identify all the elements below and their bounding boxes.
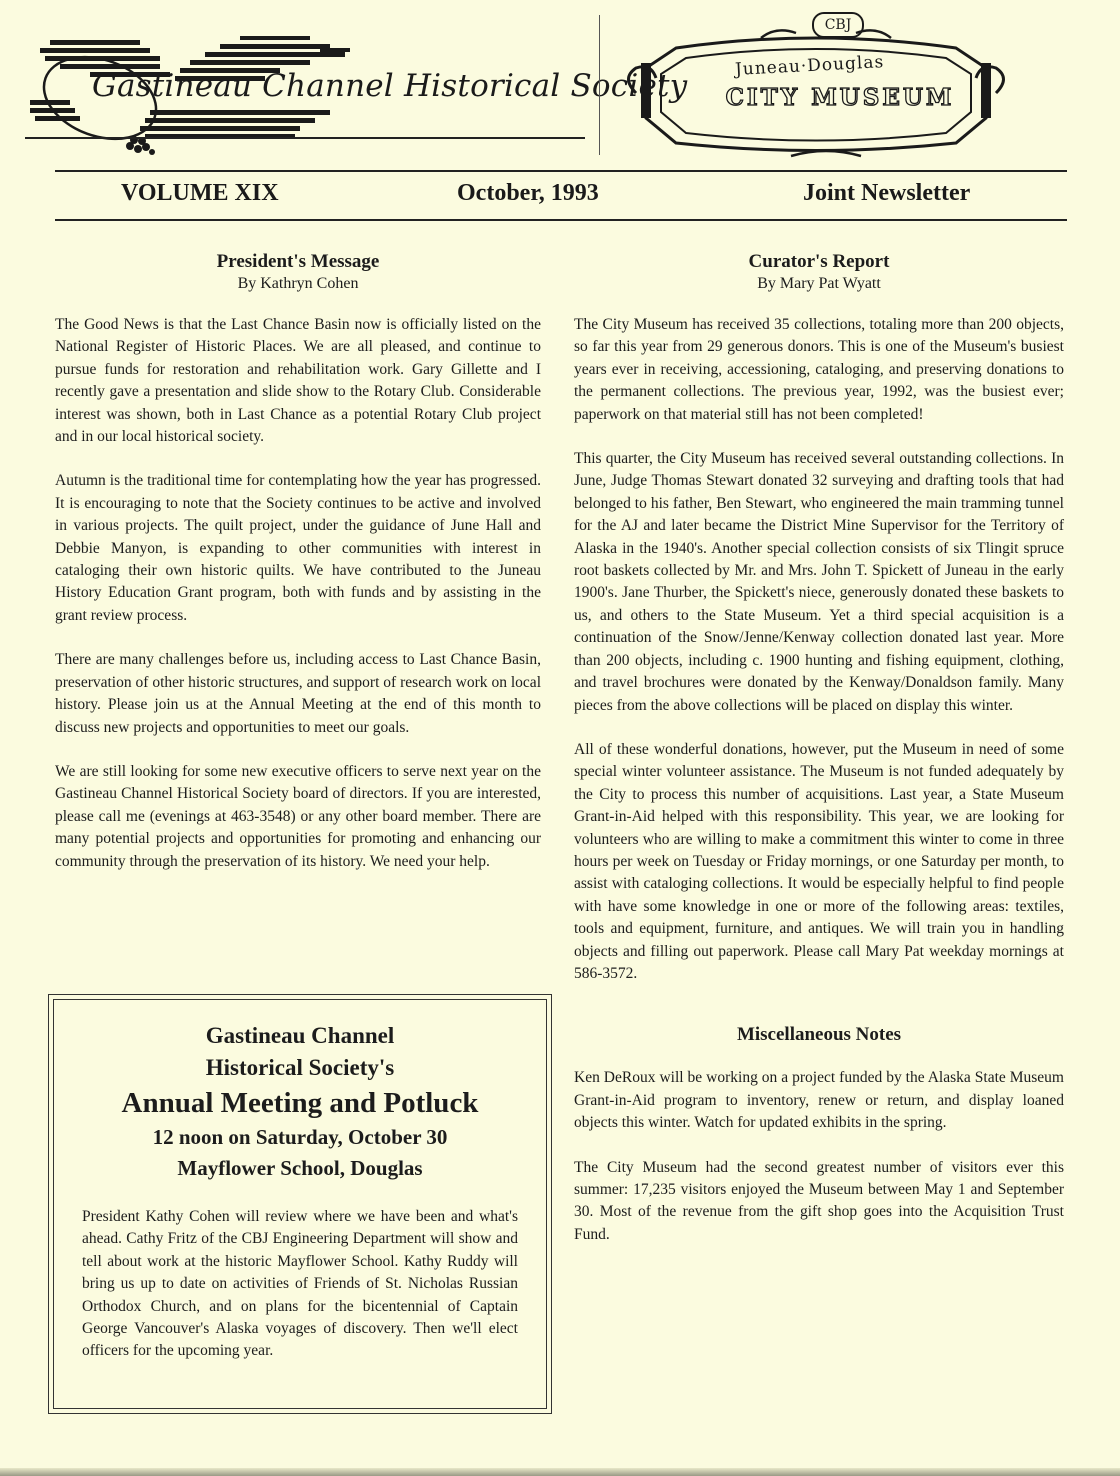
meeting-location: Mayflower School, Douglas (82, 1153, 518, 1184)
meeting-host-line1: Gastineau Channel (82, 1020, 518, 1052)
paragraph: All of these wonderful donations, howeve… (574, 739, 1064, 985)
newsletter-type: Joint Newsletter (803, 180, 970, 207)
section-byline: By Kathryn Cohen (55, 274, 541, 294)
scan-edge (0, 1468, 1120, 1476)
paragraph: Ken DeRoux will be working on a project … (574, 1067, 1064, 1134)
volume-bar-bottom-rule (55, 219, 1067, 221)
section-title: President's Message (55, 250, 541, 274)
section-title: Miscellaneous Notes (574, 1023, 1064, 1047)
masthead-rule (25, 137, 585, 139)
volume-bar: VOLUME XIX October, 1993 Joint Newslette… (55, 178, 1067, 212)
volume-bar-top-rule (55, 170, 1067, 172)
curators-report-section: Curator's Report By Mary Pat Wyatt The C… (574, 250, 1064, 1268)
meeting-host-line2: Historical Society's (82, 1052, 518, 1084)
annual-meeting-inner-frame: Gastineau Channel Historical Society's A… (53, 999, 547, 1409)
paragraph: We are still looking for some new execut… (55, 761, 541, 873)
paragraph: There are many challenges before us, inc… (55, 649, 541, 739)
paragraph: Autumn is the traditional time for conte… (55, 470, 541, 627)
presidents-message-section: President's Message By Kathryn Cohen The… (55, 250, 541, 895)
paragraph: The Good News is that the Last Chance Ba… (55, 314, 541, 448)
meeting-description: President Kathy Cohen will review where … (82, 1206, 518, 1363)
issue-date: October, 1993 (457, 180, 599, 207)
paragraph: This quarter, the City Museum has receiv… (574, 448, 1064, 717)
annual-meeting-box: Gastineau Channel Historical Society's A… (48, 994, 552, 1414)
meeting-time: 12 noon on Saturday, October 30 (82, 1122, 518, 1153)
museum-name: CITY MUSEUM (690, 84, 990, 111)
volume-number: VOLUME XIX (121, 180, 279, 207)
masthead-divider (599, 15, 600, 155)
section-byline: By Mary Pat Wyatt (574, 274, 1064, 294)
masthead: Gastineau Channel Historical Society CBJ… (0, 0, 1120, 170)
meeting-title: Annual Meeting and Potluck (82, 1084, 518, 1122)
museum-badge: CBJ (812, 12, 864, 38)
paragraph: The City Museum had the second greatest … (574, 1157, 1064, 1247)
section-title: Curator's Report (574, 250, 1064, 274)
newsletter-page: Gastineau Channel Historical Society CBJ… (0, 0, 1120, 1476)
paragraph: The City Museum has received 35 collecti… (574, 314, 1064, 426)
misc-notes-section: Miscellaneous Notes Ken DeRoux will be w… (574, 1023, 1064, 1246)
